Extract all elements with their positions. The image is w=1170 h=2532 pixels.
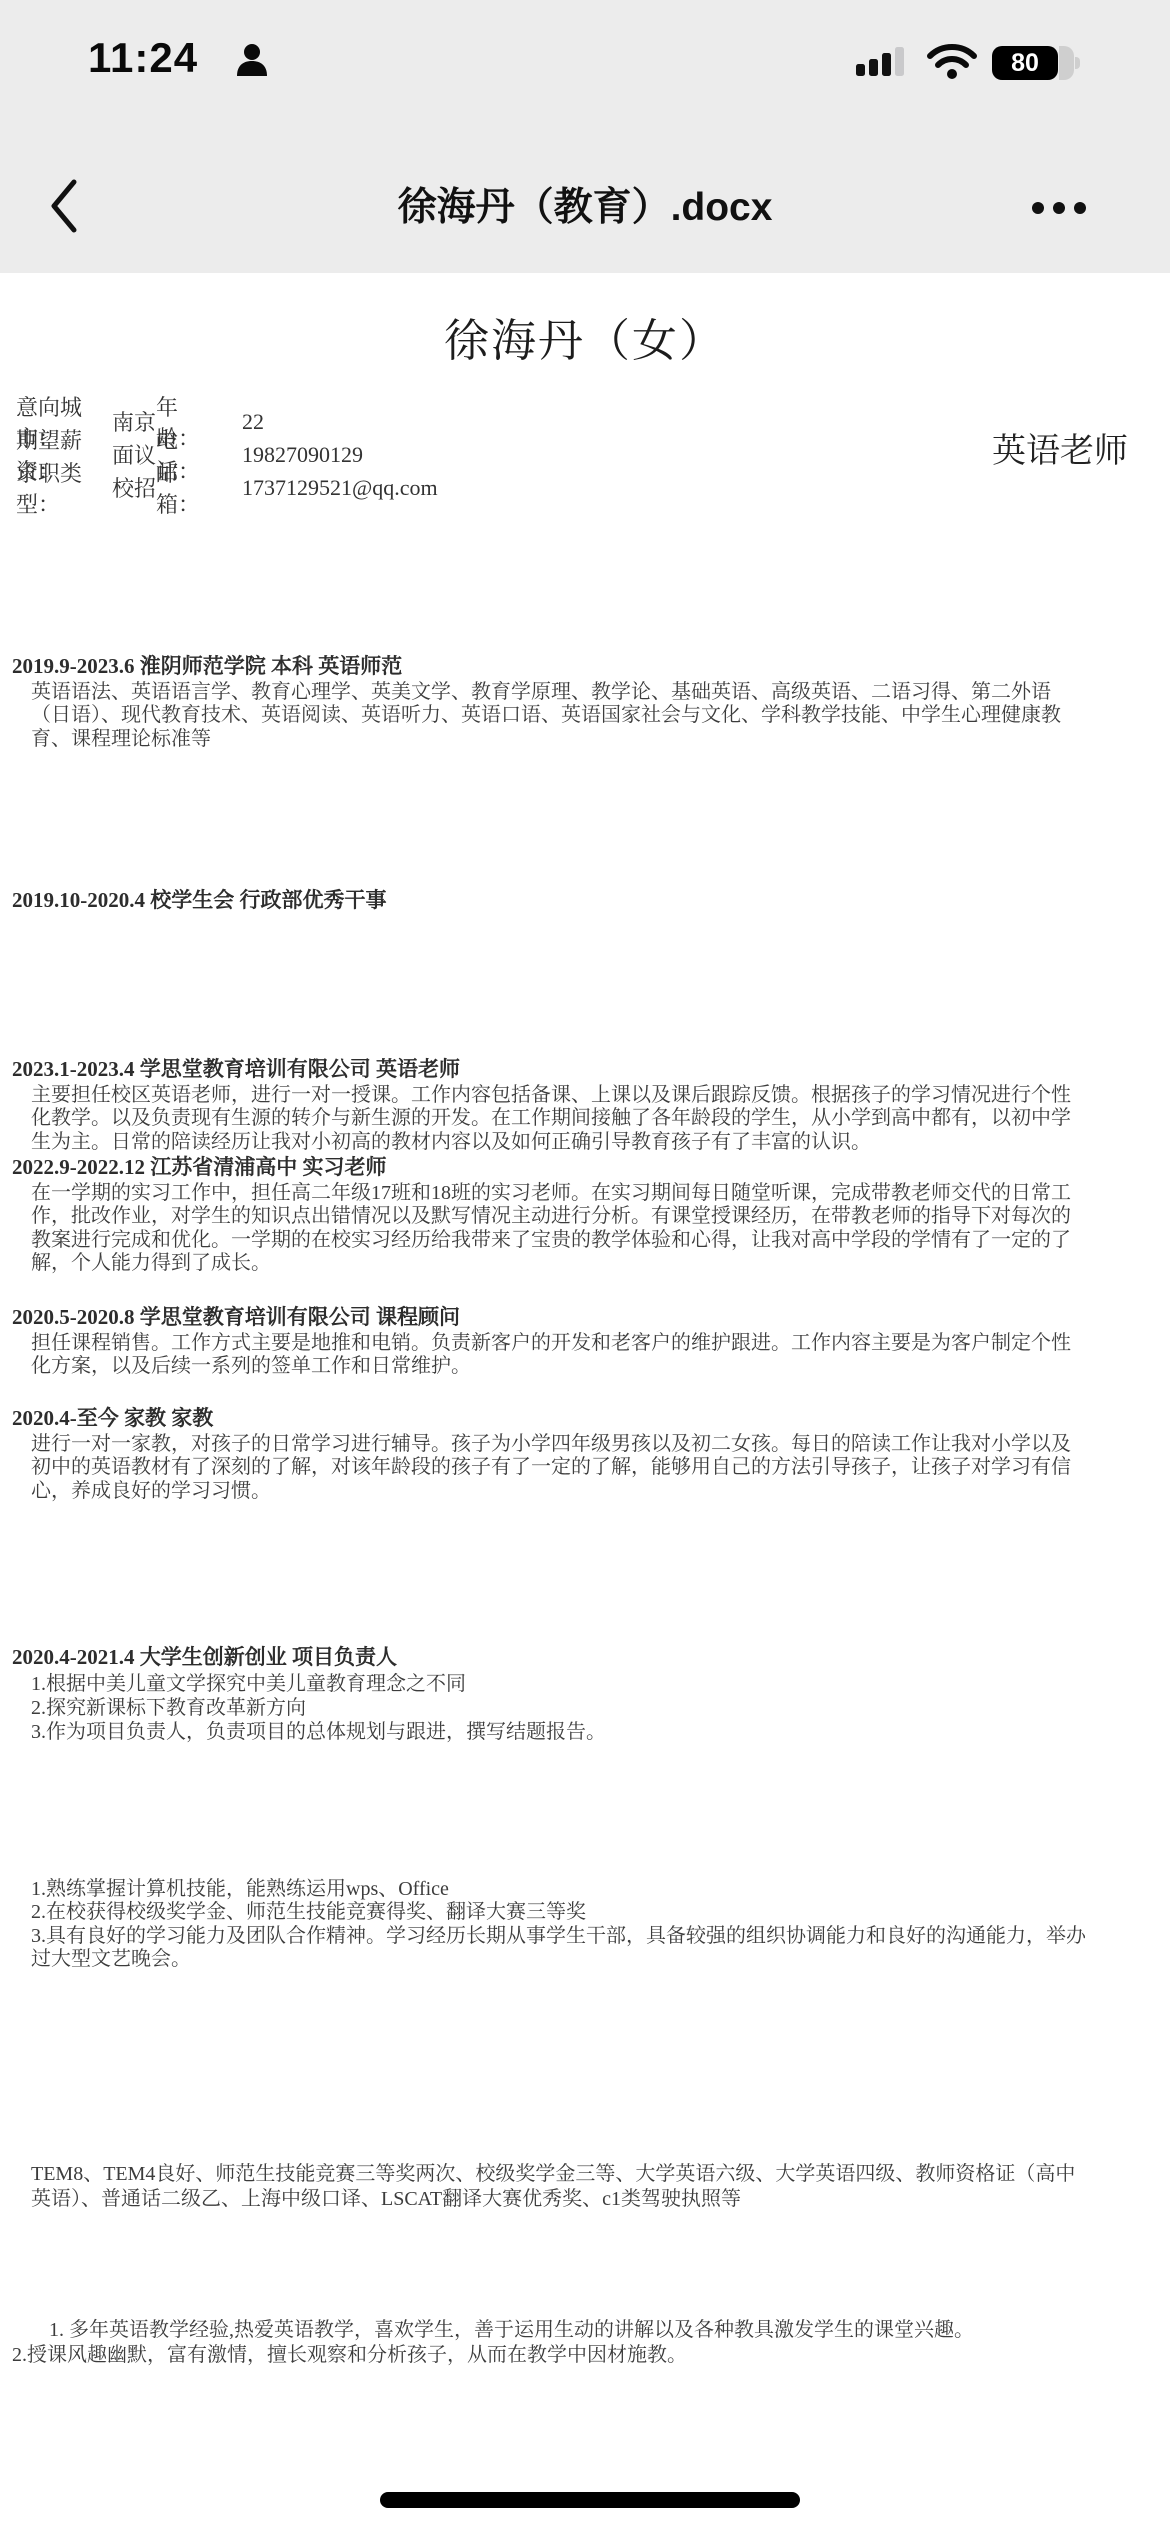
text-line: 2.授课风趣幽默，富有激情，擅长观察和分析孩子，从而在教学中因材施教。 [12, 2343, 974, 2368]
text-line: 3.作为项目负责人，负责项目的总体规划与跟进，撰写结题报告。 [12, 1720, 606, 1744]
wifi-icon [926, 44, 978, 80]
section-body: 进行一对一家教，对孩子的日常学习进行辅导。孩子为小学四年级男孩以及初二女孩。每日… [12, 1433, 1071, 1503]
text-line: （日语）、现代教育技术、英语阅读、英语听力、英语口语、英语国家社会与文化、学科教… [12, 704, 1061, 727]
resume-info-block: 意向城市：南京年 龄：22 期望薪资：面议电 话：19827090129 求职类… [16, 405, 438, 504]
info-value: 22 [242, 409, 264, 435]
text-line: 3.具有良好的学习能力及团队合作精神。学习经历长期从事学生干部，具备较强的组织协… [12, 1925, 1086, 1948]
document-page: 徐海丹（女） 意向城市：南京年 龄：22 期望薪资：面议电 话：19827090… [0, 273, 1170, 2532]
skills-list: 1.熟练掌握计算机技能，能熟练运用wps、Office2.在校获得校级奖学金、师… [12, 1878, 1086, 1972]
text-line: 2.探究新课标下教育改革新方向 [12, 1696, 606, 1720]
text-line: 主要担任校区英语老师，进行一对一授课。工作内容包括备课、上课以及课后跟踪反馈。根… [12, 1084, 1071, 1107]
section-heading: 2022.9-2022.12 江苏省清浦高中 实习老师 [12, 1155, 1071, 1179]
more-options-button[interactable] [1032, 198, 1118, 218]
text-line: 英语）、普通话二级乙、上海中级口译、LSCAT翻译大赛优秀奖、c1类驾驶执照等 [12, 2187, 1075, 2212]
certificates-list: TEM8、TEM4良好、师范生技能竞赛三等奖两次、校级奖学金三等、大学英语六级、… [12, 2162, 1075, 2212]
person-icon [234, 42, 270, 78]
info-value: 19827090129 [242, 442, 363, 468]
student-union-section: 2019.10-2020.4 校学生会 行政部优秀干事 [12, 888, 387, 912]
home-indicator[interactable] [380, 2492, 800, 2508]
resume-name-title: 徐海丹（女） [35, 304, 1135, 369]
section-heading: 2019.9-2023.6 淮阴师范学院 本科 英语师范 [12, 654, 1061, 678]
section-body: 担任课程销售。工作方式主要是地推和电销。负责新客户的开发和老客户的维护跟进。工作… [12, 1332, 1071, 1379]
section-heading: 2020.5-2020.8 学思堂教育培训有限公司 课程顾问 [12, 1305, 1071, 1329]
self-evaluation-list: 1. 多年英语教学经验,热爱英语教学，喜欢学生，善于运用生动的讲解以及各种教具激… [12, 2318, 974, 2368]
info-row: 求职类型：校招邮 箱：1737129521@qq.com [16, 471, 438, 504]
text-line: 育、课程理论标准等 [12, 728, 1061, 751]
target-position-label: 英语老师 [992, 423, 1128, 472]
battery-icon: 80 [992, 46, 1080, 80]
ellipsis-icon [1074, 202, 1086, 214]
text-line: 心，养成良好的学习习惯。 [12, 1480, 1071, 1503]
text-line: 解，个人能力得到了成长。 [12, 1252, 1071, 1275]
text-line: 1.根据中美儿童文学探究中美儿童教育理念之不同 [12, 1672, 606, 1696]
text-line: 在一学期的实习工作中，担任高二年级17班和18班的实习老师。在实习期间每日随堂听… [12, 1182, 1071, 1205]
text-line: 1.熟练掌握计算机技能，能熟练运用wps、Office [12, 1878, 1086, 1901]
info-value: 面议 [112, 439, 156, 470]
battery-nub [1075, 57, 1080, 69]
section-heading: 2020.4-至今 家教 家教 [12, 1406, 1071, 1430]
tutoring-section: 2020.4-至今 家教 家教 进行一对一家教，对孩子的日常学习进行辅导。孩子为… [12, 1406, 1071, 1503]
info-value: 南京 [112, 406, 156, 437]
info-value: 校招 [112, 472, 156, 503]
text-line: 化教学。以及负责现有生源的转介与新生源的开发。在工作期间接触了各年龄段的学生，从… [12, 1107, 1071, 1130]
screen: 11:24 80 徐海丹（教育）.docx 徐海丹（女） 意向城市：南京年 龄：… [0, 0, 1170, 2532]
section-heading: 2020.4-2021.4 大学生创新创业 项目负责人 [12, 1645, 606, 1669]
section-body: 主要担任校区英语老师，进行一对一授课。工作内容包括备课、上课以及课后跟踪反馈。根… [12, 1084, 1071, 1154]
education-section: 2019.9-2023.6 淮阴师范学院 本科 英语师范 英语语法、英语语言学、… [12, 654, 1061, 751]
work-experience-2: 2022.9-2022.12 江苏省清浦高中 实习老师 在一学期的实习工作中，担… [12, 1155, 1071, 1276]
text-line: 作，批改作业，对学生的知识点出错情况以及默写情况主动进行分析。有课堂授课经历，在… [12, 1205, 1071, 1228]
info-label: 求职类型： [16, 457, 112, 519]
text-line: 初中的英语教材有了深刻的了解，对该年龄段的孩子有了一定的了解，能够用自己的方法引… [12, 1456, 1071, 1479]
battery-level: 80 [992, 46, 1058, 80]
section-body: 在一学期的实习工作中，担任高二年级17班和18班的实习老师。在实习期间每日随堂听… [12, 1182, 1071, 1276]
text-line: 生为主。日常的陪读经历让我对小初高的教材内容以及如何正确引导教育孩子有了丰富的认… [12, 1131, 1071, 1154]
document-filename-title: 徐海丹（教育）.docx [0, 176, 1170, 232]
text-line: 1. 多年英语教学经验,热爱英语教学，喜欢学生，善于运用生动的讲解以及各种教具激… [12, 2318, 974, 2343]
battery-empty-segment [1059, 46, 1074, 80]
work-experience-3: 2020.5-2020.8 学思堂教育培训有限公司 课程顾问 担任课程销售。工作… [12, 1305, 1071, 1379]
cellular-signal-icon [856, 46, 914, 76]
section-heading: 2023.1-2023.4 学思堂教育培训有限公司 英语老师 [12, 1057, 1071, 1081]
text-line: 担任课程销售。工作方式主要是地推和电销。负责新客户的开发和老客户的维护跟进。工作… [12, 1332, 1071, 1355]
section-body: 1.根据中美儿童文学探究中美儿童教育理念之不同2.探究新课标下教育改革新方向3.… [12, 1672, 606, 1744]
innovation-project-section: 2020.4-2021.4 大学生创新创业 项目负责人 1.根据中美儿童文学探究… [12, 1645, 606, 1744]
work-experience-1: 2023.1-2023.4 学思堂教育培训有限公司 英语老师 主要担任校区英语老… [12, 1057, 1071, 1154]
status-time: 11:24 [88, 34, 198, 82]
section-heading: 2019.10-2020.4 校学生会 行政部优秀干事 [12, 888, 387, 912]
info-value: 1737129521@qq.com [242, 475, 438, 501]
ellipsis-icon [1032, 202, 1044, 214]
text-line: 2.在校获得校级奖学金、师范生技能竞赛得奖、翻译大赛三等奖 [12, 1901, 1086, 1924]
text-line: 英语语法、英语语言学、教育心理学、英美文学、教育学原理、教学论、基础英语、高级英… [12, 681, 1061, 704]
text-line: 过大型文艺晚会。 [12, 1948, 1086, 1971]
info-label: 邮 箱： [156, 457, 242, 519]
text-line: TEM8、TEM4良好、师范生技能竞赛三等奖两次、校级奖学金三等、大学英语六级、… [12, 2162, 1075, 2187]
text-line: 教案进行完成和优化。一学期的在校实习经历给我带来了宝贵的教学体验和心得，让我对高… [12, 1229, 1071, 1252]
text-line: 化方案，以及后续一系列的签单工作和日常维护。 [12, 1355, 1071, 1378]
ellipsis-icon [1053, 202, 1065, 214]
section-body: 英语语法、英语语言学、教育心理学、英美文学、教育学原理、教学论、基础英语、高级英… [12, 681, 1061, 751]
text-line: 进行一对一家教，对孩子的日常学习进行辅导。孩子为小学四年级男孩以及初二女孩。每日… [12, 1433, 1071, 1456]
